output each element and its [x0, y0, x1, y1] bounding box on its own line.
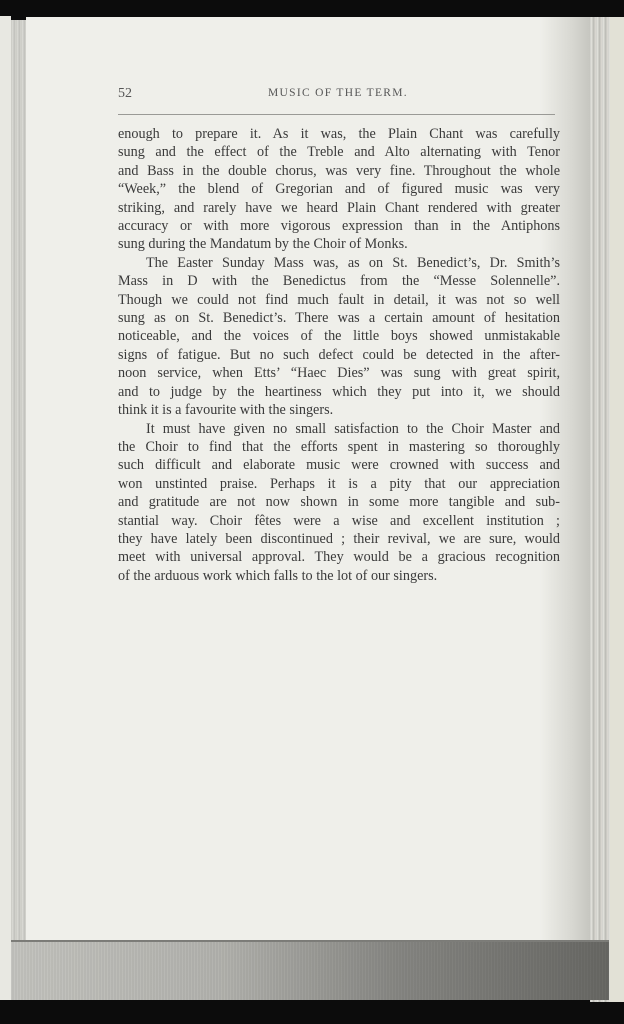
paragraph-3: It must have given no small satisfaction…	[118, 420, 560, 586]
text-line: accuracy or with more vigorous expressio…	[118, 217, 560, 235]
paragraph-2: The Easter Sunday Mass was, as on St. Be…	[118, 254, 560, 420]
text-line: It must have given no small satisfaction…	[118, 420, 560, 438]
page-stack-left	[11, 20, 26, 1000]
text-line: and gratitude are not now shown in some …	[118, 493, 560, 511]
text-line: meet with universal approval. They would…	[118, 548, 560, 566]
text-line: signs of fatigue. But no such defect cou…	[118, 346, 560, 364]
text-line: enough to prepare it. As it was, the Pla…	[118, 125, 560, 143]
text-line: won unstinted praise. Perhaps it is a pi…	[118, 475, 560, 493]
paragraph-1: enough to prepare it. As it was, the Pla…	[118, 125, 560, 254]
text-line: stantial way. Choir fêtes were a wise an…	[118, 512, 560, 530]
text-line: Mass in D with the Benedictus from the “…	[118, 272, 560, 290]
book-left-edge	[0, 16, 11, 1000]
text-line: Though we could not find much fault in d…	[118, 291, 560, 309]
text-line: noon service, when Etts’ “Haec Dies” was…	[118, 364, 560, 382]
body-text: enough to prepare it. As it was, the Pla…	[118, 125, 560, 585]
text-line: and to judge by the heartiness which the…	[118, 383, 560, 401]
text-line: they have lately been discontinued ; the…	[118, 530, 560, 548]
text-line: sung as on St. Benedict’s. There was a c…	[118, 309, 560, 327]
running-header: 52 MUSIC OF THE TERM.	[118, 86, 558, 106]
text-line: sung during the Mandatum by the Choir of…	[118, 235, 560, 253]
running-title: MUSIC OF THE TERM.	[118, 87, 558, 99]
text-line: of the arduous work which falls to the l…	[118, 567, 560, 585]
text-line: “Week,” the blend of Gregorian and of fi…	[118, 180, 560, 198]
text-line: noticeable, and the voices of the little…	[118, 327, 560, 345]
text-line: The Easter Sunday Mass was, as on St. Be…	[118, 254, 560, 272]
text-line: such difficult and elaborate music were …	[118, 456, 560, 474]
text-line: the Choir to find that the efforts spent…	[118, 438, 560, 456]
header-rule	[118, 114, 555, 115]
book-right-edge	[610, 17, 624, 1002]
text-line: striking, and rarely have we heard Plain…	[118, 199, 560, 217]
text-line: and Bass in the double chorus, was very …	[118, 162, 560, 180]
text-line: sung and the effect of the Treble and Al…	[118, 143, 560, 161]
text-line: think it is a favourite with the singers…	[118, 401, 560, 419]
page-stack-right	[590, 17, 610, 1002]
bottom-page-stack	[11, 942, 609, 1000]
